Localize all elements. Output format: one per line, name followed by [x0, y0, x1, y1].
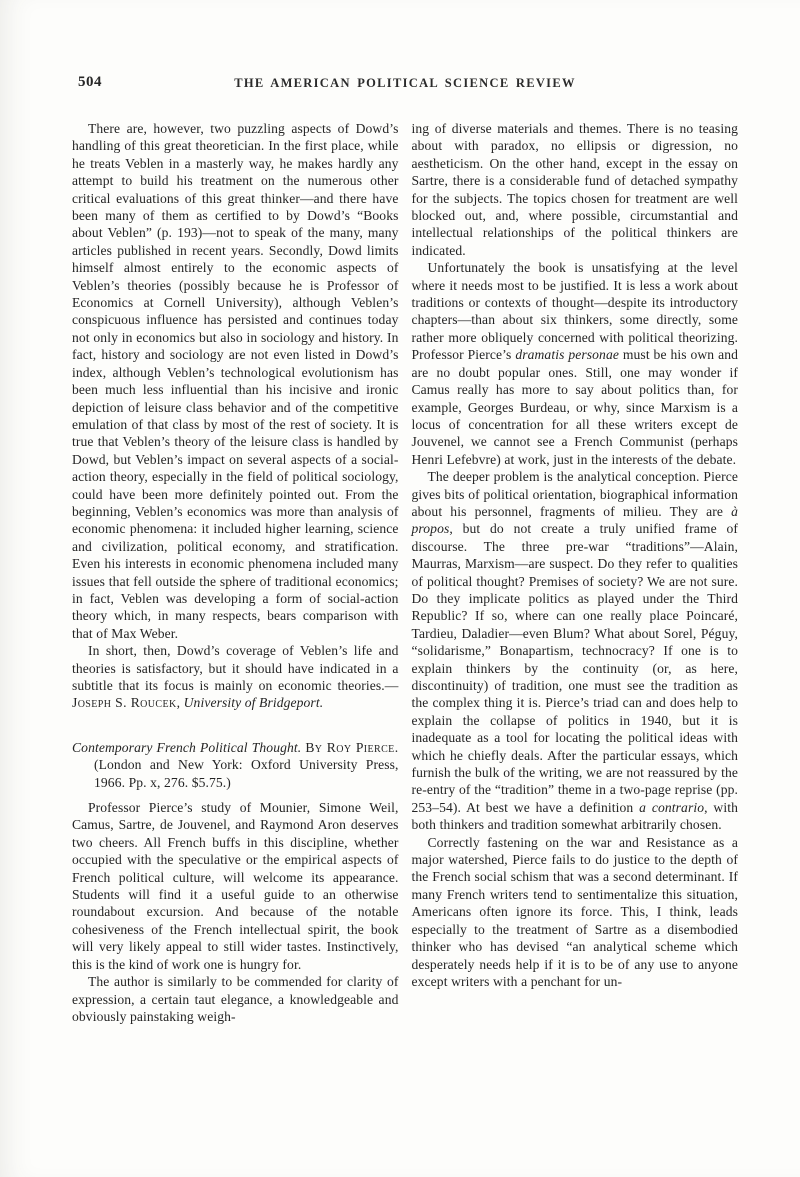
text-run: dramatis personae: [515, 347, 619, 362]
text-run: Contemporary French Political Thought.: [72, 740, 301, 755]
text-run: By Roy Pierce.: [305, 740, 398, 755]
paragraph: Unfortunately the book is unsatisfying a…: [412, 259, 739, 468]
text-run: , but do not create a truly unified fram…: [412, 521, 739, 815]
paragraph: In short, then, Dowd’s coverage of Veble…: [72, 642, 399, 712]
paragraph: Professor Pierce’s study of Mounier, Sim…: [72, 799, 399, 973]
right-column: ing of diverse materials and themes. The…: [412, 120, 739, 1025]
text-run: There are, however, two puzzling aspects…: [72, 121, 399, 641]
page-header: 504 THE AMERICAN POLITICAL SCIENCE REVIE…: [72, 74, 738, 96]
journal-page: 504 THE AMERICAN POLITICAL SCIENCE REVIE…: [0, 0, 800, 1177]
paragraph: The deeper problem is the analytical con…: [412, 468, 739, 834]
text-run: University of Bridgeport.: [184, 695, 324, 710]
paragraph: There are, however, two puzzling aspects…: [72, 120, 399, 642]
left-column: There are, however, two puzzling aspects…: [72, 120, 399, 1025]
two-column-text-body: There are, however, two puzzling aspects…: [72, 120, 738, 1025]
text-run: Correctly fastening on the war and Resis…: [412, 835, 739, 989]
paragraph: The author is similarly to be commended …: [72, 973, 399, 1025]
text-run: a contrario: [639, 800, 704, 815]
paragraph: Correctly fastening on the war and Resis…: [412, 834, 739, 991]
text-run: (London and New York: Oxford University …: [94, 757, 399, 789]
journal-title: THE AMERICAN POLITICAL SCIENCE REVIEW: [72, 76, 738, 91]
text-run: must be his own and are no doubt popular…: [412, 347, 739, 466]
text-run: ing of diverse materials and themes. The…: [412, 121, 739, 258]
text-run: The author is similarly to be commended …: [72, 974, 399, 1024]
book-citation-heading: Contemporary French Political Thought. B…: [72, 739, 399, 791]
text-run: The deeper problem is the analytical con…: [412, 469, 739, 519]
text-run: ,: [177, 695, 184, 710]
text-run: Professor Pierce’s study of Mounier, Sim…: [72, 800, 399, 972]
text-run: Joseph S. Roucek: [72, 695, 177, 710]
text-run: In short, then, Dowd’s coverage of Veble…: [72, 643, 399, 693]
paragraph: ing of diverse materials and themes. The…: [412, 120, 739, 259]
